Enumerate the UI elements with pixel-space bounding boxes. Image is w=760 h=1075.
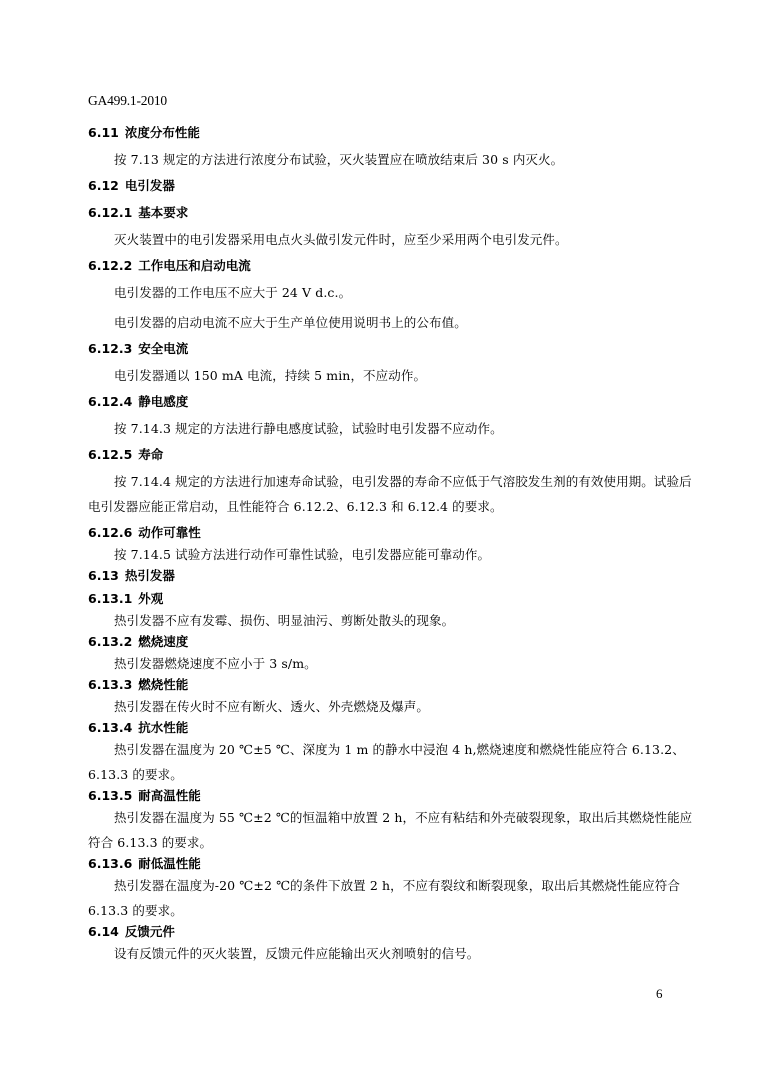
section-heading: 6.13.3燃烧性能	[88, 676, 700, 694]
section-number: 6.12.1	[88, 205, 132, 220]
section-title: 反馈元件	[125, 924, 175, 939]
section-title: 安全电流	[138, 341, 188, 356]
section-heading: 6.12电引发器	[88, 177, 700, 195]
section-heading: 6.14反馈元件	[88, 923, 700, 941]
section-number: 6.13.2	[88, 634, 132, 649]
section-number: 6.13.3	[88, 677, 132, 692]
standard-code: GA499.1-2010	[88, 93, 167, 109]
paragraph: 热引发器在传火时不应有断火、透火、外壳燃烧及爆声。	[88, 694, 700, 719]
section-number: 6.13.5	[88, 788, 132, 803]
section-heading: 6.12.5寿命	[88, 446, 700, 464]
section-title: 抗水性能	[138, 720, 188, 735]
section-title: 外观	[138, 591, 163, 606]
section-title: 电引发器	[125, 178, 175, 193]
paragraph: 按 7.14.4 规定的方法进行加速寿命试验，电引发器的寿命不应低于气溶胶发生剂…	[88, 469, 700, 519]
section-heading: 6.13.2燃烧速度	[88, 633, 700, 651]
section-heading: 6.12.6动作可靠性	[88, 524, 700, 542]
paragraph: 按 7.14.5 试验方法进行动作可靠性试验，电引发器应能可靠动作。	[88, 542, 700, 567]
section-number: 6.11	[88, 125, 119, 140]
paragraph: 热引发器在温度为 20 ℃±5 ℃、深度为 1 m 的静水中浸泡 4 h,燃烧速…	[88, 737, 700, 787]
section-number: 6.12.4	[88, 394, 132, 409]
section-title: 基本要求	[138, 205, 188, 220]
section-heading: 6.12.4静电感度	[88, 393, 700, 411]
section-title: 燃烧速度	[138, 634, 188, 649]
paragraph: 灭火装置中的电引发器采用电点火头做引发元件时，应至少采用两个电引发元件。	[88, 227, 700, 252]
section-heading: 6.13热引发器	[88, 567, 700, 585]
section-heading: 6.13.4抗水性能	[88, 719, 700, 737]
section-number: 6.12.2	[88, 258, 132, 273]
section-title: 燃烧性能	[138, 677, 188, 692]
section-title: 耐低温性能	[138, 856, 201, 871]
section-title: 耐高温性能	[138, 788, 201, 803]
paragraph: 设有反馈元件的灭火装置，反馈元件应能输出灭火剂喷射的信号。	[88, 941, 700, 966]
paragraph: 按 7.13 规定的方法进行浓度分布试验，灭火装置应在喷放结束后 30 s 内灭…	[88, 147, 700, 172]
section-heading: 6.13.5耐高温性能	[88, 787, 700, 805]
paragraph: 热引发器燃烧速度不应小于 3 s/m。	[88, 651, 700, 676]
document-page: GA499.1-2010 6.11浓度分布性能 按 7.13 规定的方法进行浓度…	[0, 0, 760, 1075]
section-title: 浓度分布性能	[125, 125, 200, 140]
section-heading: 6.12.1基本要求	[88, 204, 700, 222]
section-number: 6.13	[88, 568, 119, 583]
section-number: 6.13.1	[88, 591, 132, 606]
section-number: 6.12	[88, 178, 119, 193]
section-title: 动作可靠性	[138, 525, 201, 540]
section-title: 工作电压和启动电流	[138, 258, 251, 273]
paragraph: 热引发器在温度为 55 ℃±2 ℃的恒温箱中放置 2 h，不应有粘结和外壳破裂现…	[88, 805, 700, 855]
section-title: 静电感度	[138, 394, 188, 409]
section-number: 6.12.3	[88, 341, 132, 356]
section-heading: 6.13.6耐低温性能	[88, 855, 700, 873]
page-number: 6	[656, 986, 663, 1002]
section-number: 6.13.6	[88, 856, 132, 871]
section-heading: 6.13.1外观	[88, 590, 700, 608]
document-body: 6.11浓度分布性能 按 7.13 规定的方法进行浓度分布试验，灭火装置应在喷放…	[88, 124, 700, 966]
section-number: 6.13.4	[88, 720, 132, 735]
paragraph: 热引发器在温度为-20 ℃±2 ℃的条件下放置 2 h，不应有裂纹和断裂现象，取…	[88, 873, 700, 923]
paragraph: 电引发器的启动电流不应大于生产单位使用说明书上的公布值。	[88, 310, 700, 335]
section-heading: 6.12.3安全电流	[88, 340, 700, 358]
section-number: 6.14	[88, 924, 119, 939]
paragraph: 电引发器通以 150 mA 电流，持续 5 min，不应动作。	[88, 363, 700, 388]
section-number: 6.12.5	[88, 447, 132, 462]
section-title: 热引发器	[125, 568, 175, 583]
section-title: 寿命	[138, 447, 163, 462]
section-heading: 6.12.2工作电压和启动电流	[88, 257, 700, 275]
section-heading: 6.11浓度分布性能	[88, 124, 700, 142]
section-number: 6.12.6	[88, 525, 132, 540]
paragraph: 按 7.14.3 规定的方法进行静电感度试验，试验时电引发器不应动作。	[88, 416, 700, 441]
paragraph: 热引发器不应有发霉、损伤、明显油污、剪断处散头的现象。	[88, 608, 700, 633]
paragraph: 电引发器的工作电压不应大于 24 V d.c.。	[88, 280, 700, 305]
